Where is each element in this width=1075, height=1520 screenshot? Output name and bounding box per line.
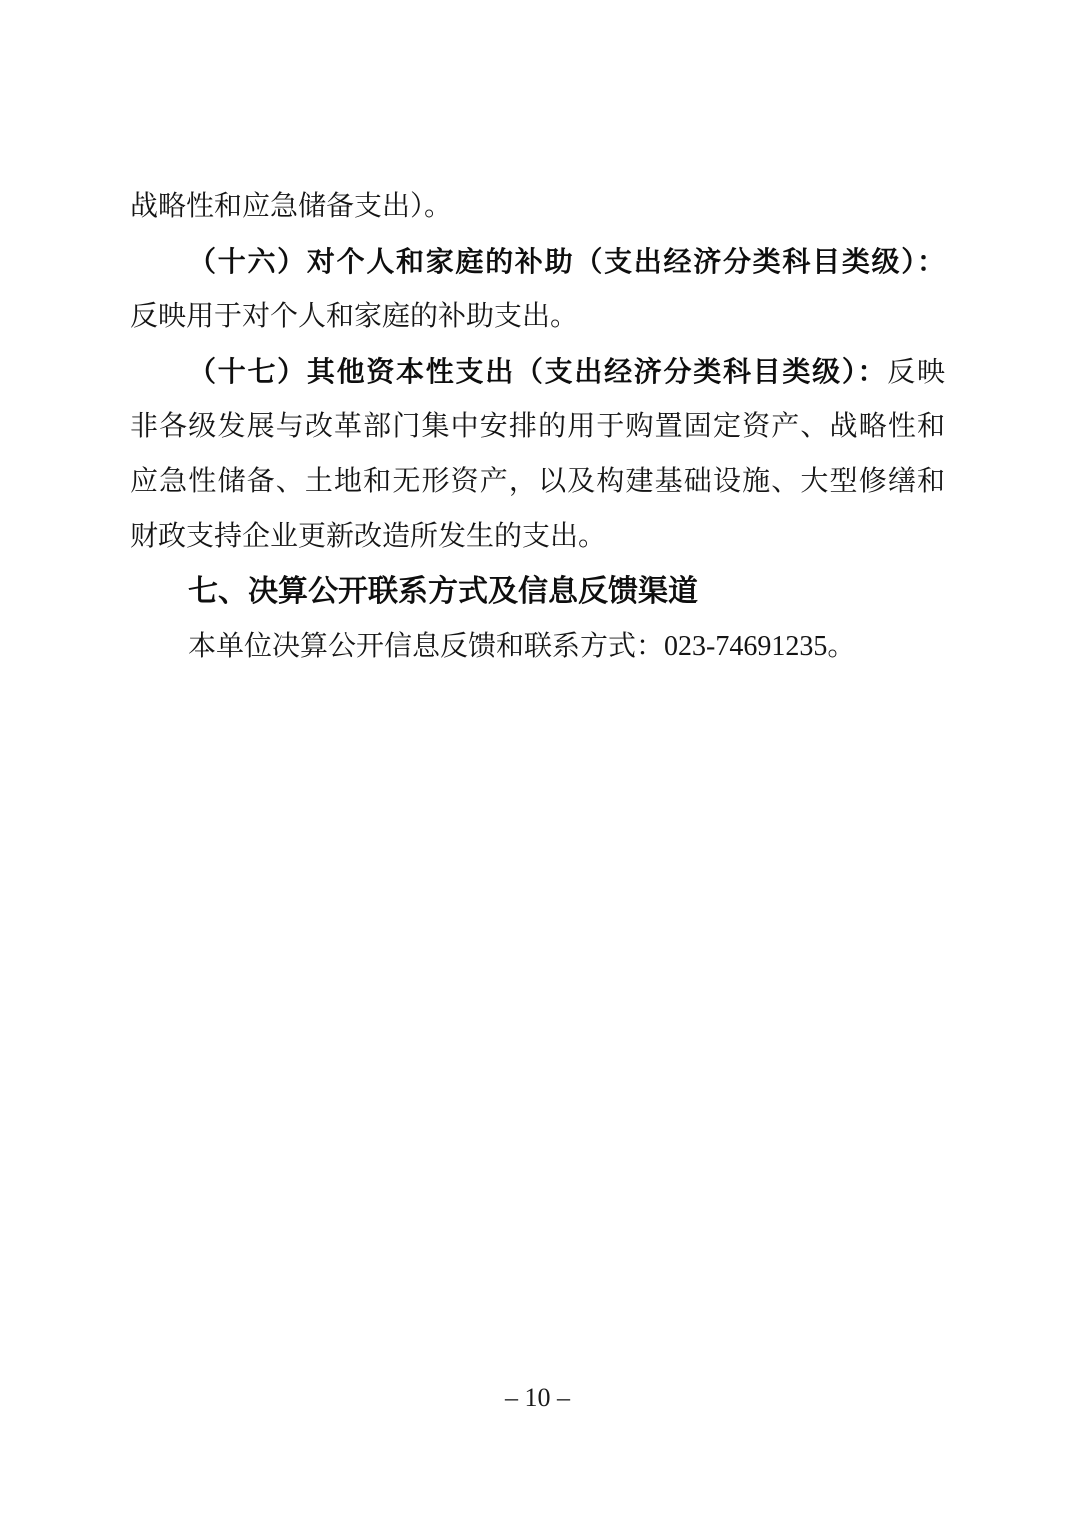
document-page: 战略性和应急储备支出）。 （十六）对个人和家庭的补助（支出经济分类科目类级）： … <box>0 0 1075 1520</box>
section-17-heading: （十七）其他资本性支出（支出经济分类科目类级）：反映 <box>130 344 945 399</box>
body-line-section-17-desc-2: 应急性储备、土地和无形资产，以及构建基础设施、大型修缮和 <box>130 454 945 509</box>
document-body: 战略性和应急储备支出）。 （十六）对个人和家庭的补助（支出经济分类科目类级）： … <box>130 179 945 674</box>
line-text: 反映用于对个人和家庭的补助支出。 <box>130 301 578 332</box>
line-text: 反映 <box>887 357 945 388</box>
section-7-heading: 七、决算公开联系方式及信息反馈渠道 <box>130 564 945 619</box>
heading-bold-text: （十七）其他资本性支出（支出经济分类科目类级）： <box>188 356 887 387</box>
section-16-heading: （十六）对个人和家庭的补助（支出经济分类科目类级）： <box>130 234 945 289</box>
line-text: 战略性和应急储备支出）。 <box>130 191 452 222</box>
body-line-section-17-desc-1: 非各级发展与改革部门集中安排的用于购置固定资产、战略性和 <box>130 399 945 454</box>
body-line-section-16-desc: 反映用于对个人和家庭的补助支出。 <box>130 289 945 344</box>
line-text: 本单位决算公开信息反馈和联系方式：023-74691235。 <box>188 631 855 662</box>
heading-bold-text: （十六）对个人和家庭的补助（支出经济分类科目类级）： <box>188 246 945 277</box>
page-number: – 10 – <box>0 1381 1075 1415</box>
contact-info-line: 本单位决算公开信息反馈和联系方式：023-74691235。 <box>130 619 945 674</box>
heading-bold-text: 七、决算公开联系方式及信息反馈渠道 <box>188 575 698 608</box>
body-line-strategic-reserve: 战略性和应急储备支出）。 <box>130 179 945 234</box>
line-text: 非各级发展与改革部门集中安排的用于购置固定资产、战略性和 <box>130 411 945 442</box>
body-line-section-17-desc-3: 财政支持企业更新改造所发生的支出。 <box>130 509 945 564</box>
line-text: 应急性储备、土地和无形资产，以及构建基础设施、大型修缮和 <box>130 466 945 497</box>
line-text: 财政支持企业更新改造所发生的支出。 <box>130 521 606 552</box>
